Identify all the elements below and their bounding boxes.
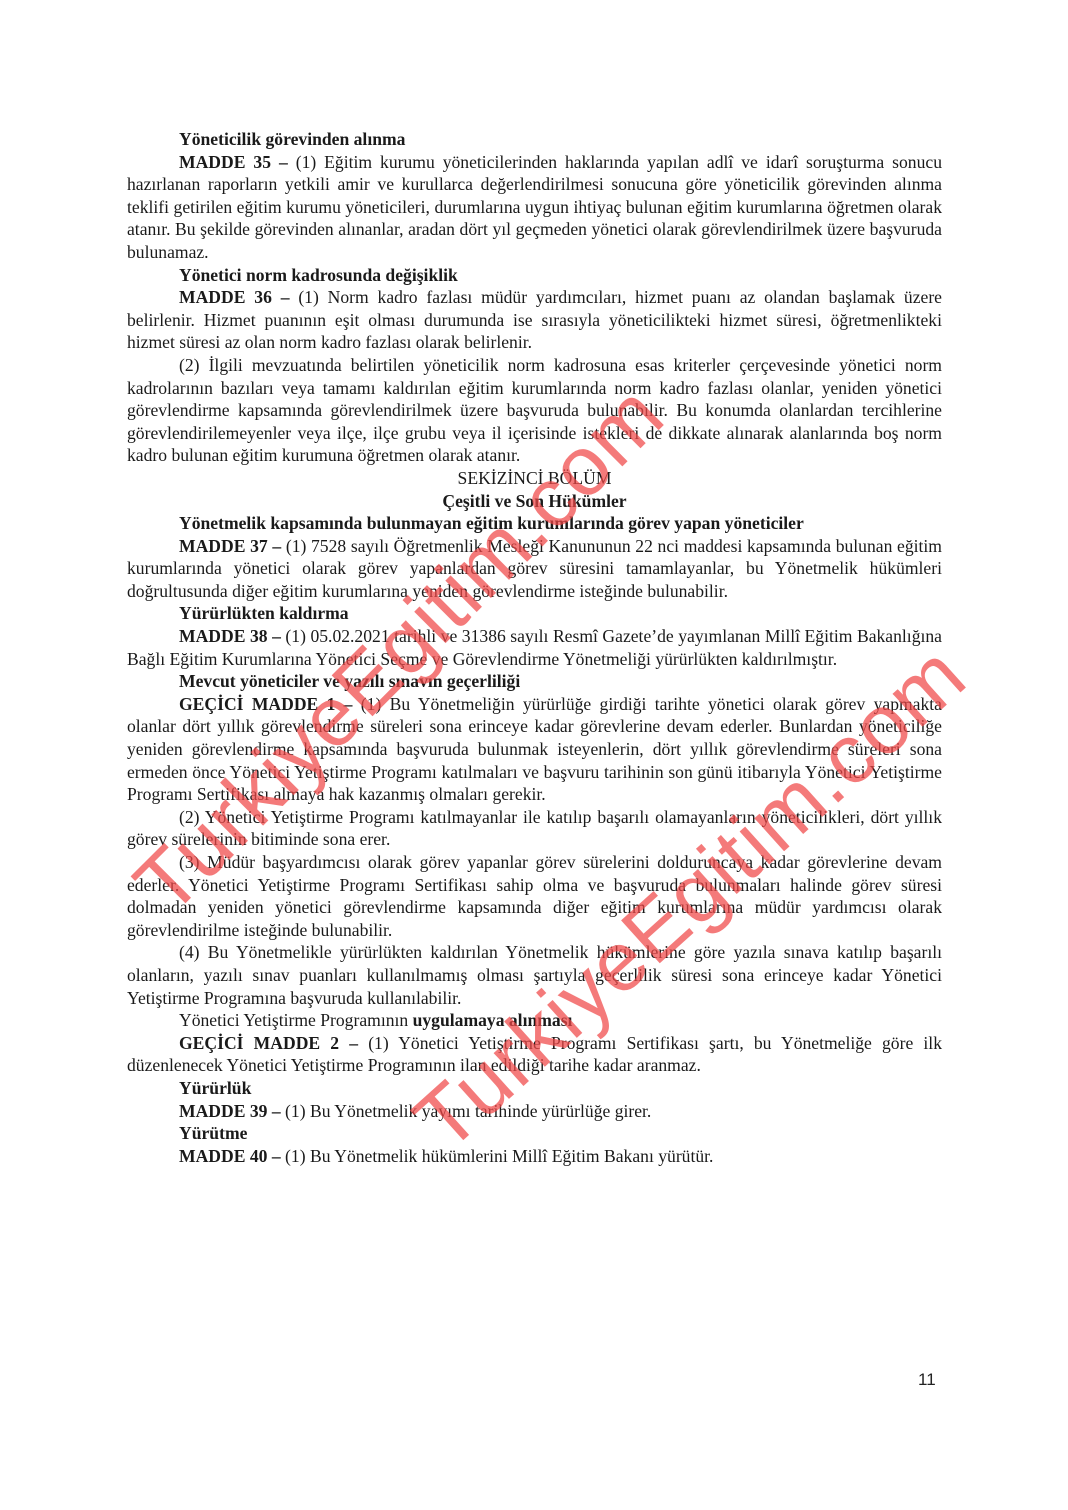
article-label: MADDE 36 – <box>179 287 290 307</box>
article-label: MADDE 35 – <box>179 152 288 172</box>
section-heading: SEKİZİNCİ BÖLÜM <box>127 467 942 490</box>
article-text: (1) Bu Yönetmelik hükümlerini Millî Eğit… <box>281 1146 714 1166</box>
article-36-paragraph-2: (2) İlgili mevzuatında belirtilen yöneti… <box>127 354 942 467</box>
article-40: MADDE 40 – (1) Bu Yönetmelik hükümlerini… <box>127 1145 942 1168</box>
article-label: MADDE 39 – <box>179 1101 281 1121</box>
heading-article-38: Yürürlükten kaldırma <box>127 602 942 625</box>
article-36: MADDE 36 – (1) Norm kadro fazlası müdür … <box>127 286 942 354</box>
heading-bold-part: uygulamaya alınması <box>413 1010 573 1030</box>
article-label: MADDE 37 – <box>179 536 281 556</box>
heading-article-35: Yöneticilik görevinden alınma <box>127 128 942 151</box>
heading-provisional-1: Mevcut yöneticiler ve yazılı sınavın geç… <box>127 670 942 693</box>
heading-article-36: Yönetici norm kadrosunda değişiklik <box>127 264 942 287</box>
article-label: GEÇİCİ MADDE 2 – <box>179 1033 358 1053</box>
section-title: Çeşitli ve Son Hükümler <box>127 490 942 513</box>
provisional-1-paragraph-2: (2) Yönetici Yetiştirme Programı katılma… <box>127 806 942 851</box>
page-number: 11 <box>918 1370 936 1390</box>
provisional-article-1: GEÇİCİ MADDE 1 – (1) Bu Yönetmeliğin yür… <box>127 693 942 806</box>
heading-normal-part: Yönetici Yetiştirme Programının <box>179 1010 413 1030</box>
provisional-1-paragraph-3: (3) Müdür başyardımcısı olarak görev yap… <box>127 851 942 941</box>
provisional-1-paragraph-4: (4) Bu Yönetmelikle yürürlükten kaldırıl… <box>127 941 942 1009</box>
heading-article-39: Yürürlük <box>127 1077 942 1100</box>
article-38: MADDE 38 – (1) 05.02.2021 tarihli ve 313… <box>127 625 942 670</box>
article-39: MADDE 39 – (1) Bu Yönetmelik yayımı tari… <box>127 1100 942 1123</box>
article-37: MADDE 37 – (1) 7528 sayılı Öğretmenlik M… <box>127 535 942 603</box>
article-text: (1) Bu Yönetmelik yayımı tarihinde yürür… <box>281 1101 652 1121</box>
heading-article-40: Yürütme <box>127 1122 942 1145</box>
heading-provisional-2: Yönetici Yetiştirme Programının uygulama… <box>127 1009 942 1032</box>
document-page: Yöneticilik görevinden alınma MADDE 35 –… <box>127 128 942 1167</box>
article-label: MADDE 38 – <box>179 626 281 646</box>
article-label: MADDE 40 – <box>179 1146 281 1166</box>
provisional-article-2: GEÇİCİ MADDE 2 – (1) Yönetici Yetiştirme… <box>127 1032 942 1077</box>
article-label: GEÇİCİ MADDE 1 – <box>179 694 352 714</box>
article-35: MADDE 35 – (1) Eğitim kurumu yöneticiler… <box>127 151 942 264</box>
heading-article-37: Yönetmelik kapsamında bulunmayan eğitim … <box>127 512 942 535</box>
